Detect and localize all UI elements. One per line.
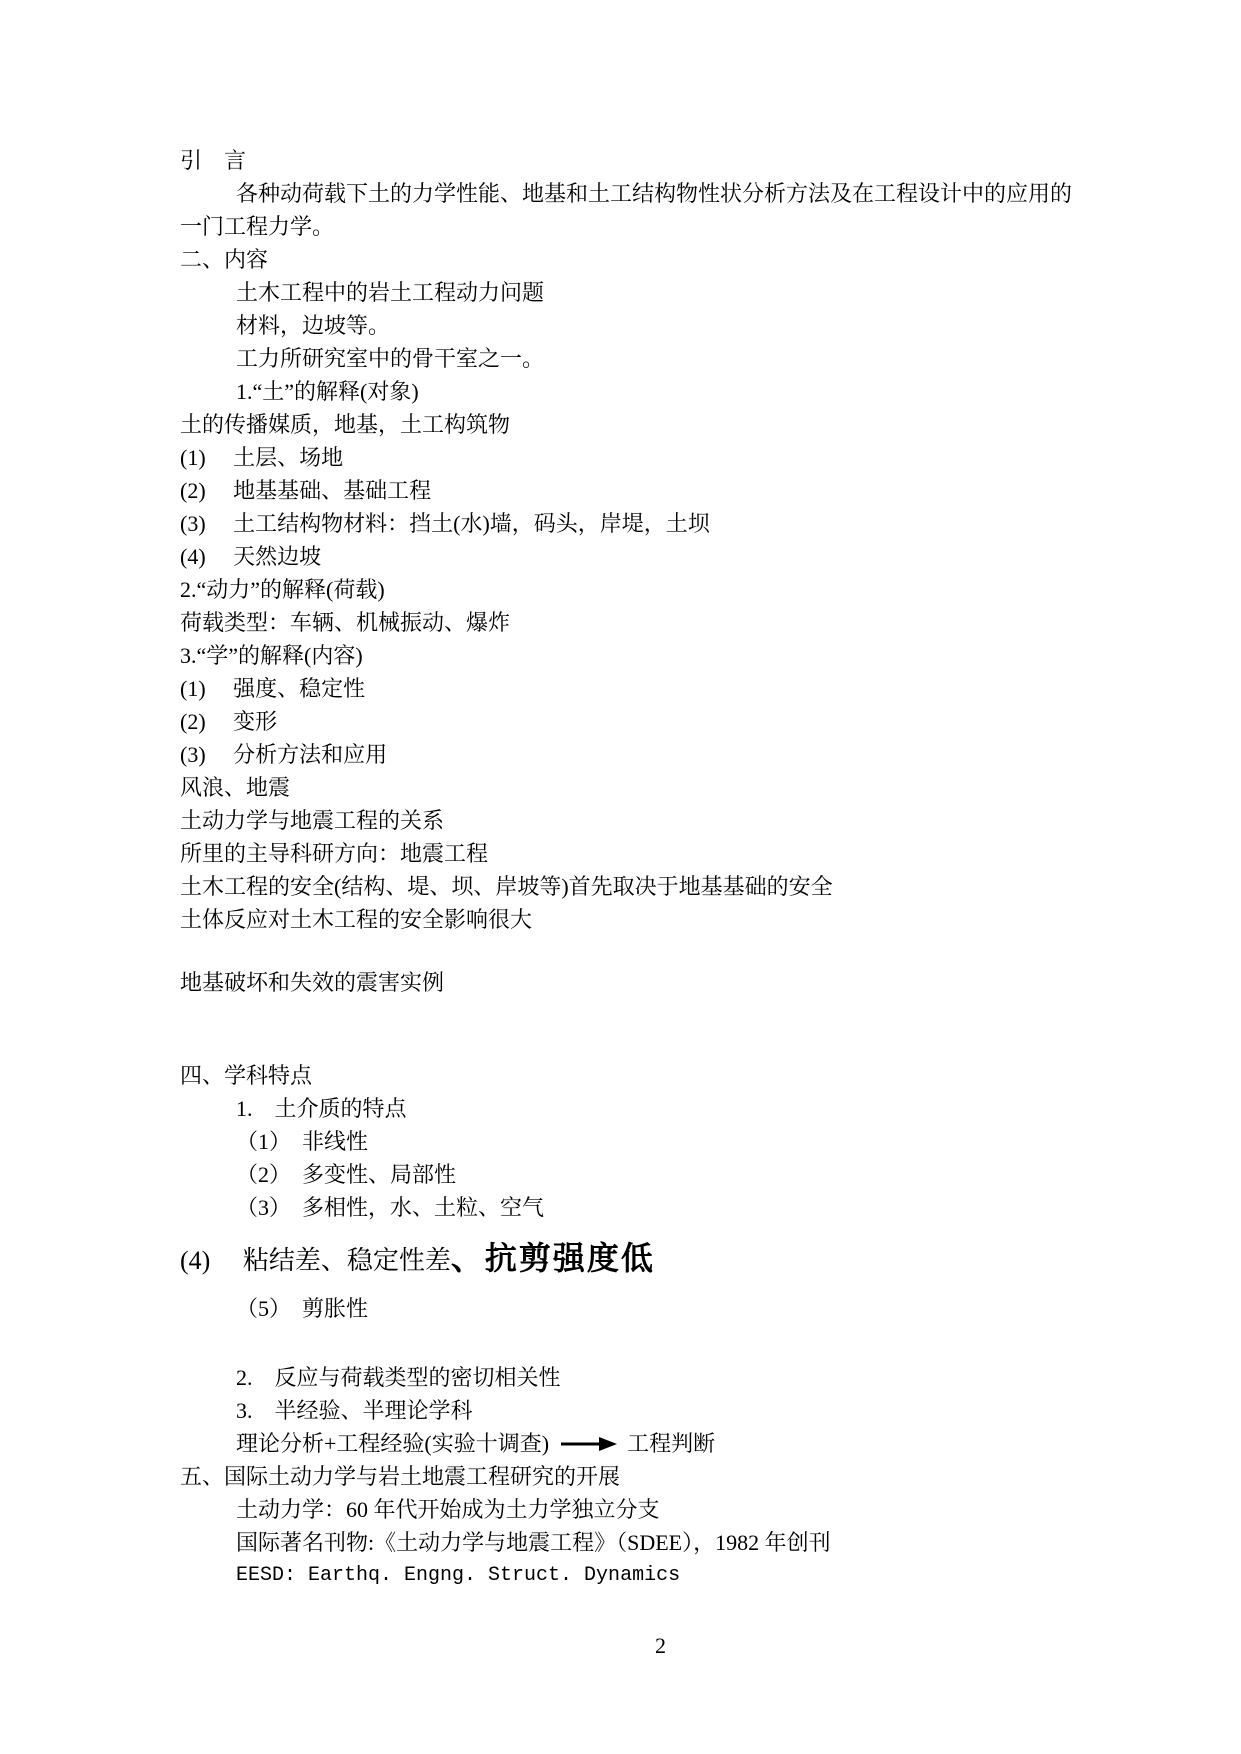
page-number: 2 [180, 1629, 1141, 1662]
doc-line: (1) 土层、场地 [180, 441, 1141, 474]
doc-line: 土的传播媒质，地基，土工构筑物 [180, 408, 1141, 441]
doc-line: 土木工程的安全(结构、堤、坝、岸坡等)首先取决于地基基础的安全 [180, 870, 1141, 903]
doc-line: 四、学科特点 [180, 1059, 1141, 1092]
doc-line: 所里的主导科研方向：地震工程 [180, 837, 1141, 870]
doc-line: 一门工程力学。 [180, 210, 1141, 243]
doc-line: (3) 土工结构物材料：挡土(水)墙，码头，岸堤，土坝 [180, 507, 1141, 540]
doc-line: （2） 多变性、局部性 [236, 1158, 1141, 1191]
doc-line: 2. 反应与荷载类型的密切相关性 [236, 1361, 1141, 1394]
doc-line: 二、内容 [180, 243, 1141, 276]
doc-line: 地基破坏和失效的震害实例 [180, 966, 1141, 999]
doc-line: 1.“土”的解释(对象) [236, 375, 1141, 408]
doc-line: 2.“动力”的解释(荷载) [180, 573, 1141, 606]
doc-line: 国际著名刊物:《土动力学与地震工程》（SDEE），1982 年创刊 [236, 1526, 1141, 1559]
doc-line: 土体反应对土木工程的安全影响很大 [180, 903, 1141, 936]
doc-line: (2) 变形 [180, 705, 1141, 738]
doc-line: (2) 地基基础、基础工程 [180, 474, 1141, 507]
document-content: 引 言各种动荷载下土的力学性能、地基和土工结构物性状分析方法及在工程设计中的应用… [0, 0, 1241, 1662]
doc-line: 引 言 [180, 144, 1141, 177]
doc-line: (3) 分析方法和应用 [180, 738, 1141, 771]
doc-line-segment: 、抗剪强度低 [451, 1240, 655, 1276]
document-page: 引 言各种动荷载下土的力学性能、地基和土工结构物性状分析方法及在工程设计中的应用… [0, 0, 1241, 1754]
doc-line: 土动力学与地震工程的关系 [180, 804, 1141, 837]
doc-line: 3. 半经验、半理论学科 [236, 1394, 1141, 1427]
doc-line: 3.“学”的解释(内容) [180, 639, 1141, 672]
doc-line: 工力所研究室中的骨干室之一。 [236, 342, 1141, 375]
doc-line: 风浪、地震 [180, 771, 1141, 804]
doc-line: （5） 剪胀性 [236, 1292, 1141, 1325]
doc-line: 材料，边坡等。 [236, 309, 1141, 342]
doc-line: (4) 天然边坡 [180, 540, 1141, 573]
doc-line: 五、国际土动力学与岩土地震工程研究的开展 [180, 1460, 1141, 1493]
doc-line-segment: 理论分析+工程经验(实验十调查) [236, 1431, 549, 1456]
doc-line: 1. 土介质的特点 [236, 1092, 1141, 1125]
doc-line: （1） 非线性 [236, 1125, 1141, 1158]
doc-line: （3） 多相性，水、土粒、空气 [236, 1191, 1141, 1224]
doc-line: 土木工程中的岩土工程动力问题 [236, 276, 1141, 309]
doc-line: 荷载类型：车辆、机械振动、爆炸 [180, 606, 1141, 639]
doc-line: (4) 粘结差、稳定性差、抗剪强度低 [180, 1234, 1141, 1286]
doc-line-segment: (4) 粘结差、稳定性差 [180, 1246, 451, 1275]
doc-line: 理论分析+工程经验(实验十调查)工程判断 [236, 1427, 1141, 1460]
doc-line: EESD: Earthq. Engng. Struct. Dynamics [236, 1559, 1141, 1592]
right-arrow-icon [561, 1436, 617, 1452]
doc-line: 各种动荷载下土的力学性能、地基和土工结构物性状分析方法及在工程设计中的应用的 [236, 177, 1141, 210]
doc-line: 土动力学：60 年代开始成为土力学独立分支 [236, 1493, 1141, 1526]
doc-line: (1) 强度、稳定性 [180, 672, 1141, 705]
document-lines: 引 言各种动荷载下土的力学性能、地基和土工结构物性状分析方法及在工程设计中的应用… [180, 144, 1141, 1592]
doc-line-segment: 工程判断 [627, 1431, 715, 1456]
